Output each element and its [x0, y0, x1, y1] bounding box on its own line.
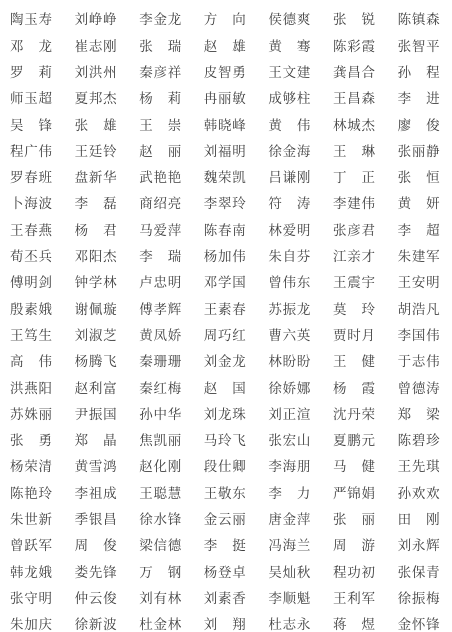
name-row: 王笃生刘淑芝黄凤娇周巧红曹六英贾时月李国伟	[10, 323, 452, 349]
name-cell: 朱加庆	[10, 618, 52, 632]
name-cell: 商绍亮	[139, 197, 181, 211]
name-cell: 赵利富	[75, 382, 117, 396]
name-cell: 杨莉	[139, 92, 181, 106]
name-cell: 廖俊	[398, 119, 440, 133]
name-cell: 殷素娥	[10, 303, 52, 317]
name-cell: 尹振国	[75, 408, 117, 422]
name-cell: 刘翔	[204, 618, 246, 632]
name-cell: 孙欢欢	[398, 487, 440, 501]
name-cell: 杨加伟	[204, 250, 246, 264]
name-cell: 林爱明	[268, 224, 310, 238]
name-cell: 张雄	[75, 119, 117, 133]
name-cell: 李海朋	[268, 460, 310, 474]
name-cell: 李国伟	[398, 329, 440, 343]
name-cell: 张丽	[333, 513, 375, 527]
name-cell: 龚昌合	[333, 66, 375, 80]
name-cell: 张瑞	[139, 40, 181, 54]
name-cell: 邓阳杰	[75, 250, 117, 264]
name-cell: 孙中华	[139, 408, 181, 422]
name-cell: 徐金海	[268, 145, 310, 159]
name-cell: 刘素香	[204, 592, 246, 606]
name-row: 洪燕阳赵利富秦红梅赵国徐娇娜杨霞曾德涛	[10, 375, 452, 401]
name-cell: 杨登卓	[204, 566, 246, 580]
name-cell: 刘洪州	[75, 66, 117, 80]
name-cell: 王文建	[268, 66, 310, 80]
name-cell: 曾德涛	[398, 382, 440, 396]
name-cell: 卢忠明	[139, 276, 181, 290]
name-cell: 谢佩璇	[75, 303, 117, 317]
name-cell: 林城杰	[333, 119, 375, 133]
name-cell: 皮智勇	[204, 66, 246, 80]
name-cell: 李瑞	[139, 250, 181, 264]
name-cell: 李金龙	[139, 13, 181, 27]
name-row: 殷素娥谢佩璇傅孝辉王素春苏振龙莫玲胡浩凡	[10, 296, 452, 322]
name-cell: 王先琪	[398, 460, 440, 474]
name-cell: 王敬东	[204, 487, 246, 501]
name-cell: 王健	[333, 355, 375, 369]
name-cell: 夏鹏元	[333, 434, 375, 448]
name-cell: 秦珊珊	[139, 355, 181, 369]
name-row: 杨荣清黄雪鸿赵化刚段仕卿李海朋马健王先琪	[10, 454, 452, 480]
name-cell: 王春燕	[10, 224, 52, 238]
name-cell: 张锐	[333, 13, 375, 27]
name-cell: 高伟	[10, 355, 52, 369]
name-cell: 唐金萍	[268, 513, 310, 527]
name-cell: 陈彩霞	[333, 40, 375, 54]
name-cell: 胡浩凡	[398, 303, 440, 317]
name-cell: 苏振龙	[268, 303, 310, 317]
name-cell: 崔志刚	[75, 40, 117, 54]
name-cell: 吴锋	[10, 119, 52, 133]
name-cell: 吕谦刚	[268, 171, 310, 185]
name-cell: 侯德爽	[268, 13, 310, 27]
name-cell: 段仕卿	[204, 460, 246, 474]
name-cell: 杨霞	[333, 382, 375, 396]
name-cell: 马玲飞	[204, 434, 246, 448]
name-cell: 王琳	[333, 145, 375, 159]
name-cell: 李进	[398, 92, 440, 106]
name-row: 程广伟王廷铃赵丽刘福明徐金海王琳张丽静	[10, 138, 452, 164]
name-cell: 吴灿秋	[268, 566, 310, 580]
name-row: 罗春班盘新华武艳艳魏荣凯吕谦刚丁正张恒	[10, 165, 452, 191]
name-row: 罗莉刘洪州秦彦祥皮智勇王文建龚昌合孙程	[10, 60, 452, 86]
name-cell: 张智平	[398, 40, 440, 54]
name-cell: 钟学林	[75, 276, 117, 290]
name-row: 陈艳玲李祖成王聪慧王敬东李力严锦娟孙欢欢	[10, 480, 452, 506]
name-row: 张守明仲云俊刘有林刘素香李顺魁王利军徐振梅	[10, 586, 452, 612]
name-cell: 韩龙娥	[10, 566, 52, 580]
name-cell: 赵丽	[139, 145, 181, 159]
name-cell: 郑晶	[75, 434, 117, 448]
name-cell: 张丽静	[398, 145, 440, 159]
name-cell: 荀丕兵	[10, 250, 52, 264]
name-cell: 魏荣凯	[204, 171, 246, 185]
name-cell: 冯海兰	[268, 539, 310, 553]
name-cell: 朱世新	[10, 513, 52, 527]
name-cell: 罗莉	[10, 66, 52, 80]
name-cell: 黄骞	[268, 40, 310, 54]
name-cell: 江亲才	[333, 250, 375, 264]
name-row: 韩龙娥娄先锋万钢杨登卓吴灿秋程功初张保青	[10, 559, 452, 585]
name-cell: 符涛	[268, 197, 310, 211]
name-cell: 金怀锋	[398, 618, 440, 632]
name-row: 苏姝丽尹振国孙中华刘龙珠刘正渲沈丹荣郑梁	[10, 401, 452, 427]
name-cell: 师玉超	[10, 92, 52, 106]
name-cell: 杜志永	[268, 618, 310, 632]
name-row: 朱世新季银昌徐水锋金云丽唐金萍张丽田刚	[10, 507, 452, 533]
name-cell: 陶玉寿	[10, 13, 52, 27]
name-cell: 季银昌	[75, 513, 117, 527]
name-cell: 张守明	[10, 592, 52, 606]
name-cell: 刘有林	[139, 592, 181, 606]
name-cell: 周游	[333, 539, 375, 553]
name-row: 吴锋张雄王崇韩晓峰黄伟林城杰廖俊	[10, 112, 452, 138]
name-row: 朱加庆徐新波杜金林刘翔杜志永蒋煜金怀锋	[10, 612, 452, 632]
name-grid: 陶玉寿刘峥峥李金龙方向侯德爽张锐陈镇森邓龙崔志刚张瑞赵雄黄骞陈彩霞张智平罗莉刘洪…	[10, 7, 452, 632]
name-cell: 邓龙	[10, 40, 52, 54]
name-cell: 刘峥峥	[75, 13, 117, 27]
name-row: 曾跃军周俊梁信德李挺冯海兰周游刘永辉	[10, 533, 452, 559]
name-cell: 刘金龙	[204, 355, 246, 369]
name-cell: 黄妍	[398, 197, 440, 211]
name-cell: 苏姝丽	[10, 408, 52, 422]
name-cell: 方向	[204, 13, 246, 27]
name-cell: 朱自芬	[268, 250, 310, 264]
name-cell: 梁信德	[139, 539, 181, 553]
name-cell: 杨君	[75, 224, 117, 238]
name-cell: 郑梁	[398, 408, 440, 422]
name-cell: 徐水锋	[139, 513, 181, 527]
name-cell: 陈艳玲	[10, 487, 52, 501]
name-cell: 王震宇	[333, 276, 375, 290]
name-cell: 杜金林	[139, 618, 181, 632]
name-cell: 傅孝辉	[139, 303, 181, 317]
name-cell: 王素春	[204, 303, 246, 317]
name-row: 邓龙崔志刚张瑞赵雄黄骞陈彩霞张智平	[10, 33, 452, 59]
name-cell: 徐振梅	[398, 592, 440, 606]
name-cell: 王昌森	[333, 92, 375, 106]
name-cell: 王廷铃	[75, 145, 117, 159]
name-cell: 陈镇森	[398, 13, 440, 27]
name-cell: 娄先锋	[75, 566, 117, 580]
name-cell: 卜海波	[10, 197, 52, 211]
name-row: 高伟杨腾飞秦珊珊刘金龙林盼盼王健于志伟	[10, 349, 452, 375]
name-cell: 莫玲	[333, 303, 375, 317]
name-cell: 朱建军	[398, 250, 440, 264]
name-cell: 周巧红	[204, 329, 246, 343]
name-cell: 李翠玲	[204, 197, 246, 211]
name-cell: 刘淑芝	[75, 329, 117, 343]
name-row: 陶玉寿刘峥峥李金龙方向侯德爽张锐陈镇森	[10, 7, 452, 33]
name-cell: 程功初	[333, 566, 375, 580]
name-cell: 王安明	[398, 276, 440, 290]
name-cell: 杨荣清	[10, 460, 52, 474]
name-cell: 焦凯丽	[139, 434, 181, 448]
name-cell: 王崇	[139, 119, 181, 133]
name-cell: 马爱萍	[139, 224, 181, 238]
name-cell: 罗春班	[10, 171, 52, 185]
name-cell: 刘永辉	[398, 539, 440, 553]
name-cell: 韩晓峰	[204, 119, 246, 133]
name-cell: 秦红梅	[139, 382, 181, 396]
name-cell: 刘福明	[204, 145, 246, 159]
name-cell: 李磊	[75, 197, 117, 211]
name-cell: 陈春南	[204, 224, 246, 238]
name-cell: 张恒	[398, 171, 440, 185]
name-cell: 张宏山	[268, 434, 310, 448]
name-cell: 武艳艳	[139, 171, 181, 185]
name-cell: 邓学国	[204, 276, 246, 290]
name-cell: 王利军	[333, 592, 375, 606]
name-cell: 赵化刚	[139, 460, 181, 474]
name-cell: 于志伟	[398, 355, 440, 369]
name-row: 张勇郑晶焦凯丽马玲飞张宏山夏鹏元陈碧珍	[10, 428, 452, 454]
name-cell: 王笃生	[10, 329, 52, 343]
name-cell: 严锦娟	[333, 487, 375, 501]
name-cell: 盘新华	[75, 171, 117, 185]
name-cell: 黄伟	[268, 119, 310, 133]
name-cell: 徐娇娜	[268, 382, 310, 396]
name-cell: 沈丹荣	[333, 408, 375, 422]
name-cell: 李超	[398, 224, 440, 238]
name-cell: 金云丽	[204, 513, 246, 527]
name-cell: 夏邦杰	[75, 92, 117, 106]
name-cell: 傅明剑	[10, 276, 52, 290]
name-cell: 蒋煜	[333, 618, 375, 632]
name-cell: 刘龙珠	[204, 408, 246, 422]
name-cell: 赵雄	[204, 40, 246, 54]
name-cell: 曾伟东	[268, 276, 310, 290]
name-cell: 田刚	[398, 513, 440, 527]
name-cell: 杨腾飞	[75, 355, 117, 369]
name-cell: 秦彦祥	[139, 66, 181, 80]
name-row: 傅明剑钟学林卢忠明邓学国曾伟东王震宇王安明	[10, 270, 452, 296]
name-row: 卜海波李磊商绍亮李翠玲符涛李建伟黄妍	[10, 191, 452, 217]
name-cell: 周俊	[75, 539, 117, 553]
name-row: 荀丕兵邓阳杰李瑞杨加伟朱自芬江亲才朱建军	[10, 244, 452, 270]
name-cell: 贾时月	[333, 329, 375, 343]
name-cell: 王聪慧	[139, 487, 181, 501]
name-cell: 张勇	[10, 434, 52, 448]
name-cell: 徐新波	[75, 618, 117, 632]
name-cell: 李力	[268, 487, 310, 501]
name-cell: 陈碧珍	[398, 434, 440, 448]
name-cell: 李挺	[204, 539, 246, 553]
name-cell: 程广伟	[10, 145, 52, 159]
document-page: 陶玉寿刘峥峥李金龙方向侯德爽张锐陈镇森邓龙崔志刚张瑞赵雄黄骞陈彩霞张智平罗莉刘洪…	[0, 0, 452, 632]
name-cell: 仲云俊	[75, 592, 117, 606]
name-cell: 曾跃军	[10, 539, 52, 553]
name-cell: 张保青	[398, 566, 440, 580]
name-cell: 马健	[333, 460, 375, 474]
name-cell: 曹六英	[268, 329, 310, 343]
name-cell: 张彦君	[333, 224, 375, 238]
name-cell: 洪燕阳	[10, 382, 52, 396]
name-row: 师玉超夏邦杰杨莉冉丽敏成够柱王昌森李进	[10, 86, 452, 112]
name-cell: 李建伟	[333, 197, 375, 211]
name-cell: 赵国	[204, 382, 246, 396]
name-cell: 黄雪鸿	[75, 460, 117, 474]
name-cell: 孙程	[398, 66, 440, 80]
name-row: 王春燕杨君马爱萍陈春南林爱明张彦君李超	[10, 217, 452, 243]
name-cell: 万钢	[139, 566, 181, 580]
name-cell: 林盼盼	[268, 355, 310, 369]
name-cell: 丁正	[333, 171, 375, 185]
name-cell: 李顺魁	[268, 592, 310, 606]
name-cell: 黄凤娇	[139, 329, 181, 343]
name-cell: 李祖成	[75, 487, 117, 501]
name-cell: 成够柱	[268, 92, 310, 106]
name-cell: 冉丽敏	[204, 92, 246, 106]
name-cell: 刘正渲	[268, 408, 310, 422]
